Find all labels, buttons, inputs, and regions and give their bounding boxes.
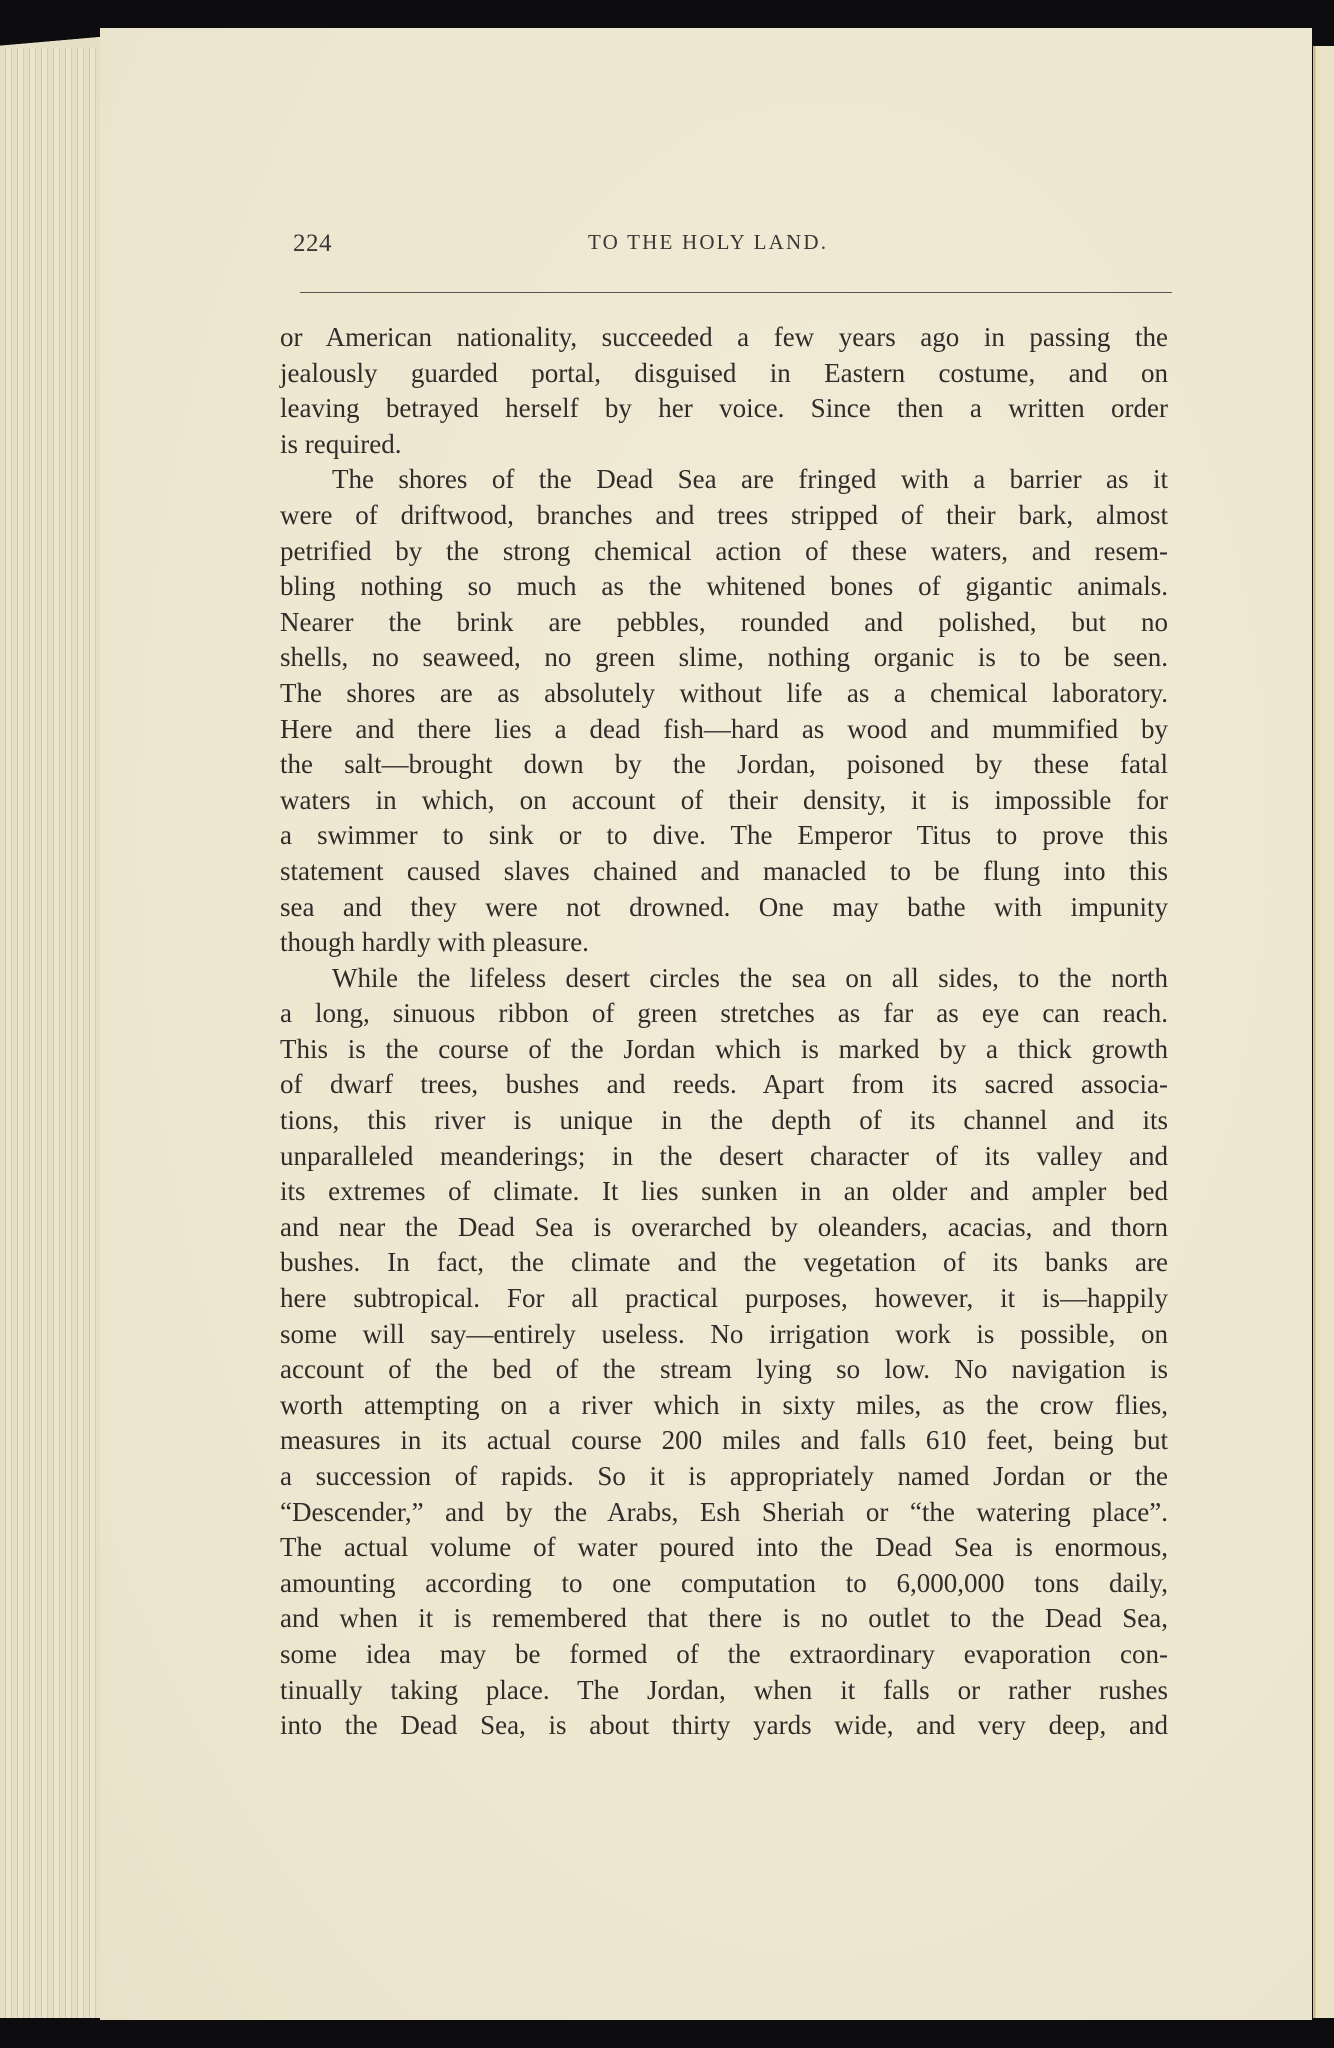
text-line: tions, this river is unique in the depth… bbox=[280, 1103, 1168, 1139]
text-line: “Descender,” and by the Arabs, Esh Sheri… bbox=[280, 1495, 1168, 1531]
text-line: worth attempting on a river which in six… bbox=[280, 1388, 1168, 1424]
text-line: While the lifeless desert circles the se… bbox=[280, 961, 1168, 997]
text-line: bushes. In fact, the climate and the veg… bbox=[280, 1245, 1168, 1281]
text-line: The shores are as absolutely without lif… bbox=[280, 676, 1168, 712]
page-stack-fore-edge bbox=[0, 48, 100, 2018]
text-line: tinually taking place. The Jordan, when … bbox=[280, 1673, 1168, 1709]
text-line: amounting according to one computation t… bbox=[280, 1566, 1168, 1602]
text-line: unparalleled meanderings; in the desert … bbox=[280, 1139, 1168, 1175]
text-line: is required. bbox=[280, 427, 1168, 463]
text-line: some will say—entirely useless. No irrig… bbox=[280, 1317, 1168, 1353]
text-line: here subtropical. For all practical purp… bbox=[280, 1281, 1168, 1317]
text-line: sea and they were not drowned. One may b… bbox=[280, 890, 1168, 926]
text-line: Here and there lies a dead fish—hard as … bbox=[280, 712, 1168, 748]
text-line: waters in which, on account of their den… bbox=[280, 783, 1168, 819]
text-line: and when it is remembered that there is … bbox=[280, 1601, 1168, 1637]
page-number: 224 bbox=[293, 230, 332, 258]
text-line: and near the Dead Sea is overarched by o… bbox=[280, 1210, 1168, 1246]
text-line: This is the course of the Jordan which i… bbox=[280, 1032, 1168, 1068]
text-line: its extremes of climate. It lies sunken … bbox=[280, 1174, 1168, 1210]
text-line: bling nothing so much as the whitened bo… bbox=[280, 569, 1168, 605]
text-line: Nearer the brink are pebbles, rounded an… bbox=[280, 605, 1168, 641]
text-line: a succession of rapids. So it is appropr… bbox=[280, 1459, 1168, 1495]
book-scan: 224 TO THE HOLY LAND. or American nation… bbox=[0, 0, 1334, 2048]
text-line: were of driftwood, branches and trees st… bbox=[280, 498, 1168, 534]
text-line: of dwarf trees, bushes and reeds. Apart … bbox=[280, 1067, 1168, 1103]
text-line: a swimmer to sink or to dive. The Empero… bbox=[280, 818, 1168, 854]
text-line: The shores of the Dead Sea are fringed w… bbox=[280, 462, 1168, 498]
text-line: a long, sinuous ribbon of green stretche… bbox=[280, 996, 1168, 1032]
text-line: statement caused slaves chained and mana… bbox=[280, 854, 1168, 890]
body-text: or American nationality, succeeded a few… bbox=[280, 320, 1168, 1744]
running-head: 224 TO THE HOLY LAND. bbox=[293, 230, 1173, 260]
text-line: shells, no seaweed, no green slime, noth… bbox=[280, 640, 1168, 676]
text-line: some idea may be formed of the extraordi… bbox=[280, 1637, 1168, 1673]
text-line: measures in its actual course 200 miles … bbox=[280, 1423, 1168, 1459]
text-line: account of the bed of the stream lying s… bbox=[280, 1352, 1168, 1388]
header-rule bbox=[300, 292, 1172, 293]
text-line: or American nationality, succeeded a few… bbox=[280, 320, 1168, 356]
running-title: TO THE HOLY LAND. bbox=[588, 230, 828, 255]
facing-page-edge bbox=[1316, 46, 1334, 2018]
text-line: jealously guarded portal, disguised in E… bbox=[280, 356, 1168, 392]
text-line: leaving betrayed herself by her voice. S… bbox=[280, 391, 1168, 427]
text-line: though hardly with pleasure. bbox=[280, 925, 1168, 961]
text-line: petrified by the strong chemical action … bbox=[280, 534, 1168, 570]
text-line: the salt—brought down by the Jordan, poi… bbox=[280, 747, 1168, 783]
text-line: The actual volume of water poured into t… bbox=[280, 1530, 1168, 1566]
text-line: into the Dead Sea, is about thirty yards… bbox=[280, 1708, 1168, 1744]
